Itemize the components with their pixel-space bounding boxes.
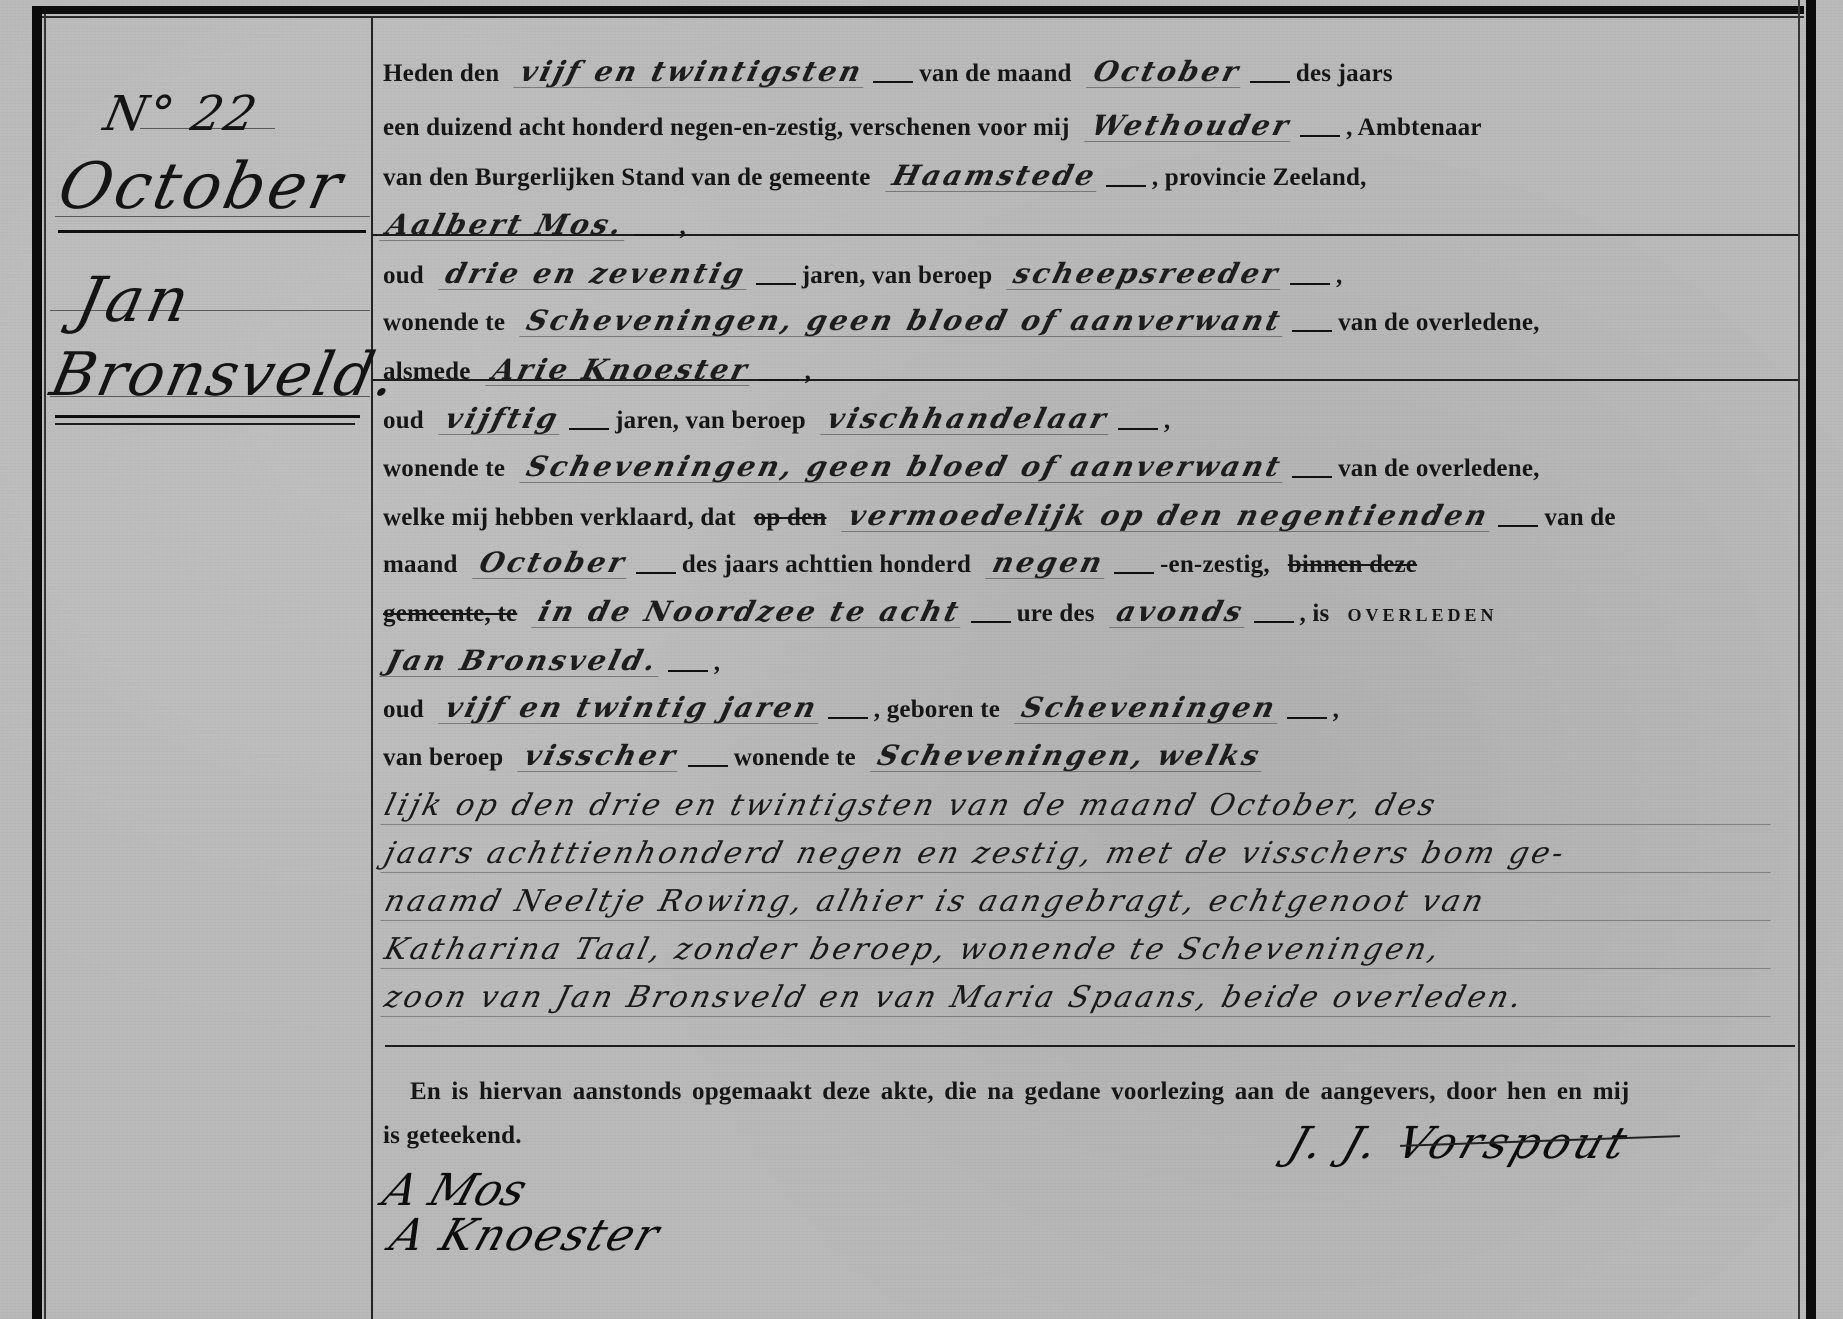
printed-text: van de overledene, xyxy=(1338,455,1540,482)
outer-border-left xyxy=(32,6,42,1319)
form-line: ouddrie en zeventigjaren, van beroepsche… xyxy=(383,256,1796,296)
printed-text: welke mij hebben verklaard, dat xyxy=(383,504,736,531)
printed-text: van de maand xyxy=(919,60,1071,87)
blank-fill-rule xyxy=(977,558,983,574)
blank-fill-rule xyxy=(477,365,483,381)
form-line: Aalbert Mos., xyxy=(383,207,1796,247)
margin-separator xyxy=(55,415,360,418)
handwritten-entry: October xyxy=(472,548,634,579)
form-line: een duizend acht honderd negen-en-zestig… xyxy=(383,108,1796,148)
handwritten-entry: Arie Knoester xyxy=(485,355,757,386)
handwritten-line: naamd Neeltje Rowing, alhier is aangebra… xyxy=(380,884,1779,921)
blank-fill-rule xyxy=(1292,316,1332,332)
form-line: welke mij hebben verklaard, datop denver… xyxy=(383,498,1796,538)
handwritten-line: Katharina Taal, zonder beroep, wonende t… xyxy=(380,932,1779,969)
printed-text: -en-zestig, xyxy=(1160,551,1270,578)
blank-fill-rule xyxy=(1114,558,1154,574)
closing-statement: En is hiervan aanstonds opgemaakt deze a… xyxy=(410,1072,1796,1112)
blank-fill-rule xyxy=(873,67,913,83)
struck-text: op den xyxy=(754,504,827,531)
blank-fill-rule xyxy=(1076,121,1082,137)
printed-text: Heden den xyxy=(383,60,499,87)
handwritten-entry: Wethouder xyxy=(1084,111,1298,142)
record-number: N° 22 xyxy=(99,86,263,142)
blank-fill-rule xyxy=(1254,607,1294,623)
handwritten-entry: vischhandelaar xyxy=(820,404,1116,435)
margin-deceased-last-name: Bronsveld. xyxy=(45,340,404,410)
printed-text: , Ambtenaar xyxy=(1346,114,1482,141)
handwritten-entry: Scheveningen, geen bloed of aanverwant xyxy=(519,306,1290,337)
outer-border-right xyxy=(1806,0,1816,1319)
printed-text: van de overledene, xyxy=(1338,309,1540,336)
form-line: Heden denvijf en twintigstenvan de maand… xyxy=(383,54,1796,94)
blank-fill-rule xyxy=(1276,558,1282,574)
blank-fill-rule xyxy=(1078,67,1084,83)
printed-text: , xyxy=(1336,262,1342,289)
blank-fill-rule xyxy=(523,607,529,623)
form-line: oudvijftigjaren, van beroepvischhandelaa… xyxy=(383,401,1796,441)
handwritten-entry: Scheveningen xyxy=(1014,693,1284,724)
margin-column-divider xyxy=(371,18,373,1319)
blank-fill-rule xyxy=(862,751,868,767)
printed-text: , xyxy=(714,649,720,676)
printed-text: , is xyxy=(1300,600,1330,627)
handwritten-entry: in de Noordzee te acht xyxy=(531,597,968,628)
blank-fill-rule xyxy=(505,67,511,83)
blank-fill-rule xyxy=(971,607,1011,623)
blank-fill-rule xyxy=(464,558,470,574)
printed-text: , provincie Zeeland, xyxy=(1152,164,1367,191)
blank-fill-rule xyxy=(1300,121,1340,137)
blank-fill-rule xyxy=(828,703,868,719)
form-line: Jan Bronsveld., xyxy=(383,643,1796,683)
blank-fill-rule xyxy=(430,414,436,430)
blank-fill-rule xyxy=(1006,703,1012,719)
printed-text: alsmede xyxy=(383,358,471,385)
blank-fill-rule xyxy=(430,703,436,719)
certificate-page: N° 22 October Jan Bronsveld. Heden denvi… xyxy=(0,0,1843,1319)
handwritten-entry: avonds xyxy=(1109,597,1252,628)
printed-text: ure des xyxy=(1017,600,1095,627)
blank-fill-rule xyxy=(668,656,708,672)
blank-fill-rule xyxy=(511,316,517,332)
printed-text: , xyxy=(1164,407,1170,434)
printed-text: oud xyxy=(383,262,424,289)
blank-fill-rule xyxy=(1498,511,1538,527)
printed-text: van beroep xyxy=(383,744,503,771)
handwritten-entry: Jan Bronsveld. xyxy=(379,646,665,677)
printed-text: jaren, van beroep xyxy=(802,262,993,289)
printed-text: wonende te xyxy=(383,455,505,482)
blank-fill-rule xyxy=(1106,171,1146,187)
form-line: van den Burgerlijken Stand van de gemeen… xyxy=(383,158,1796,198)
blank-fill-rule xyxy=(759,365,799,381)
blank-fill-rule xyxy=(1290,269,1330,285)
handwritten-entry: Scheveningen, welks xyxy=(870,741,1269,772)
form-line: alsmedeArie Knoester, xyxy=(383,352,1796,392)
handwritten-entry: visscher xyxy=(517,741,685,772)
printed-text: , xyxy=(1333,696,1339,723)
inner-border-right xyxy=(1798,0,1800,1319)
blank-fill-rule xyxy=(511,462,517,478)
printed-text: , xyxy=(680,213,686,240)
form-line: wonende teScheveningen, geen bloed of aa… xyxy=(383,449,1796,489)
signature-witness-1: A Mos xyxy=(377,1165,533,1216)
struck-text: binnen deze xyxy=(1288,551,1417,578)
printed-text: van de xyxy=(1544,504,1615,531)
form-line: wonende teScheveningen, geen bloed of aa… xyxy=(383,303,1796,343)
printed-text: een duizend acht honderd negen-en-zestig… xyxy=(383,114,1070,141)
blank-fill-rule xyxy=(812,414,818,430)
form-line: maandOctoberdes jaars achttien honderdne… xyxy=(383,545,1796,585)
printed-text: des jaars xyxy=(1296,60,1393,87)
printed-text: jaren, van beroep xyxy=(615,407,806,434)
blank-fill-rule xyxy=(742,511,748,527)
margin-separator xyxy=(55,423,355,425)
blank-fill-rule xyxy=(1101,607,1107,623)
blank-fill-rule xyxy=(509,751,515,767)
blank-fill-rule xyxy=(569,414,609,430)
handwritten-line: zoon van Jan Bronsveld en van Maria Spaa… xyxy=(380,980,1779,1017)
printed-text: maand xyxy=(383,551,458,578)
margin-deceased-first-name: Jan xyxy=(70,263,199,336)
blank-fill-rule xyxy=(1292,462,1332,478)
printed-text: oud xyxy=(383,696,424,723)
margin-month: October xyxy=(52,150,351,224)
margin-separator xyxy=(58,230,366,233)
inner-border-top xyxy=(32,16,1804,18)
handwritten-entry: Haamstede xyxy=(885,161,1104,192)
handwritten-entry: vermoedelijk op den negentienden xyxy=(841,501,1497,532)
form-line: oudvijf en twintig jaren, geboren teSche… xyxy=(383,690,1796,730)
handwritten-entry: vijf en twintig jaren xyxy=(438,693,826,724)
printed-text: oud xyxy=(383,407,424,434)
blank-fill-rule xyxy=(634,220,674,236)
printed-text: , xyxy=(805,358,811,385)
blank-fill-rule xyxy=(430,269,436,285)
blank-fill-rule xyxy=(1118,414,1158,430)
printed-text: , geboren te xyxy=(874,696,1000,723)
section-rule xyxy=(385,1045,1795,1047)
inner-border-left xyxy=(44,14,46,1319)
handwritten-entry: negen xyxy=(985,548,1112,579)
blank-fill-rule xyxy=(756,269,796,285)
form-line: gemeente, tein de Noordzee te achture de… xyxy=(383,594,1796,634)
blank-fill-rule xyxy=(1287,703,1327,719)
handwritten-line: lijk op den drie en twintigsten van de m… xyxy=(380,788,1779,825)
printed-text: wonende te xyxy=(734,744,856,771)
blank-fill-rule xyxy=(877,171,883,187)
blank-fill-rule xyxy=(688,751,728,767)
handwritten-entry: Aalbert Mos. xyxy=(379,210,631,241)
printed-caps: OVERLEDEN xyxy=(1348,605,1498,625)
handwritten-entry: Scheveningen, geen bloed of aanverwant xyxy=(519,452,1290,483)
blank-fill-rule xyxy=(636,558,676,574)
blank-fill-rule xyxy=(998,269,1004,285)
outer-border-top xyxy=(32,6,1804,14)
printed-text: des jaars achttien honderd xyxy=(682,551,971,578)
form-line: van beroepvisscherwonende teScheveningen… xyxy=(383,738,1796,778)
printed-text: van den Burgerlijken Stand van de gemeen… xyxy=(383,164,871,191)
handwritten-entry: vijftig xyxy=(438,404,567,435)
blank-fill-rule xyxy=(833,511,839,527)
handwritten-entry: drie en zeventig xyxy=(438,259,753,290)
struck-text: gemeente, te xyxy=(383,600,517,627)
blank-fill-rule xyxy=(1250,67,1290,83)
signature-witness-2: A Knoester xyxy=(384,1210,667,1261)
printed-text: wonende te xyxy=(383,309,505,336)
handwritten-entry: vijf en twintigsten xyxy=(514,57,872,88)
handwritten-entry: October xyxy=(1086,57,1248,88)
blank-fill-rule xyxy=(1336,607,1342,623)
handwritten-line: jaars achttienhonderd negen en zestig, m… xyxy=(380,836,1779,873)
handwritten-entry: scheepsreeder xyxy=(1006,259,1287,290)
